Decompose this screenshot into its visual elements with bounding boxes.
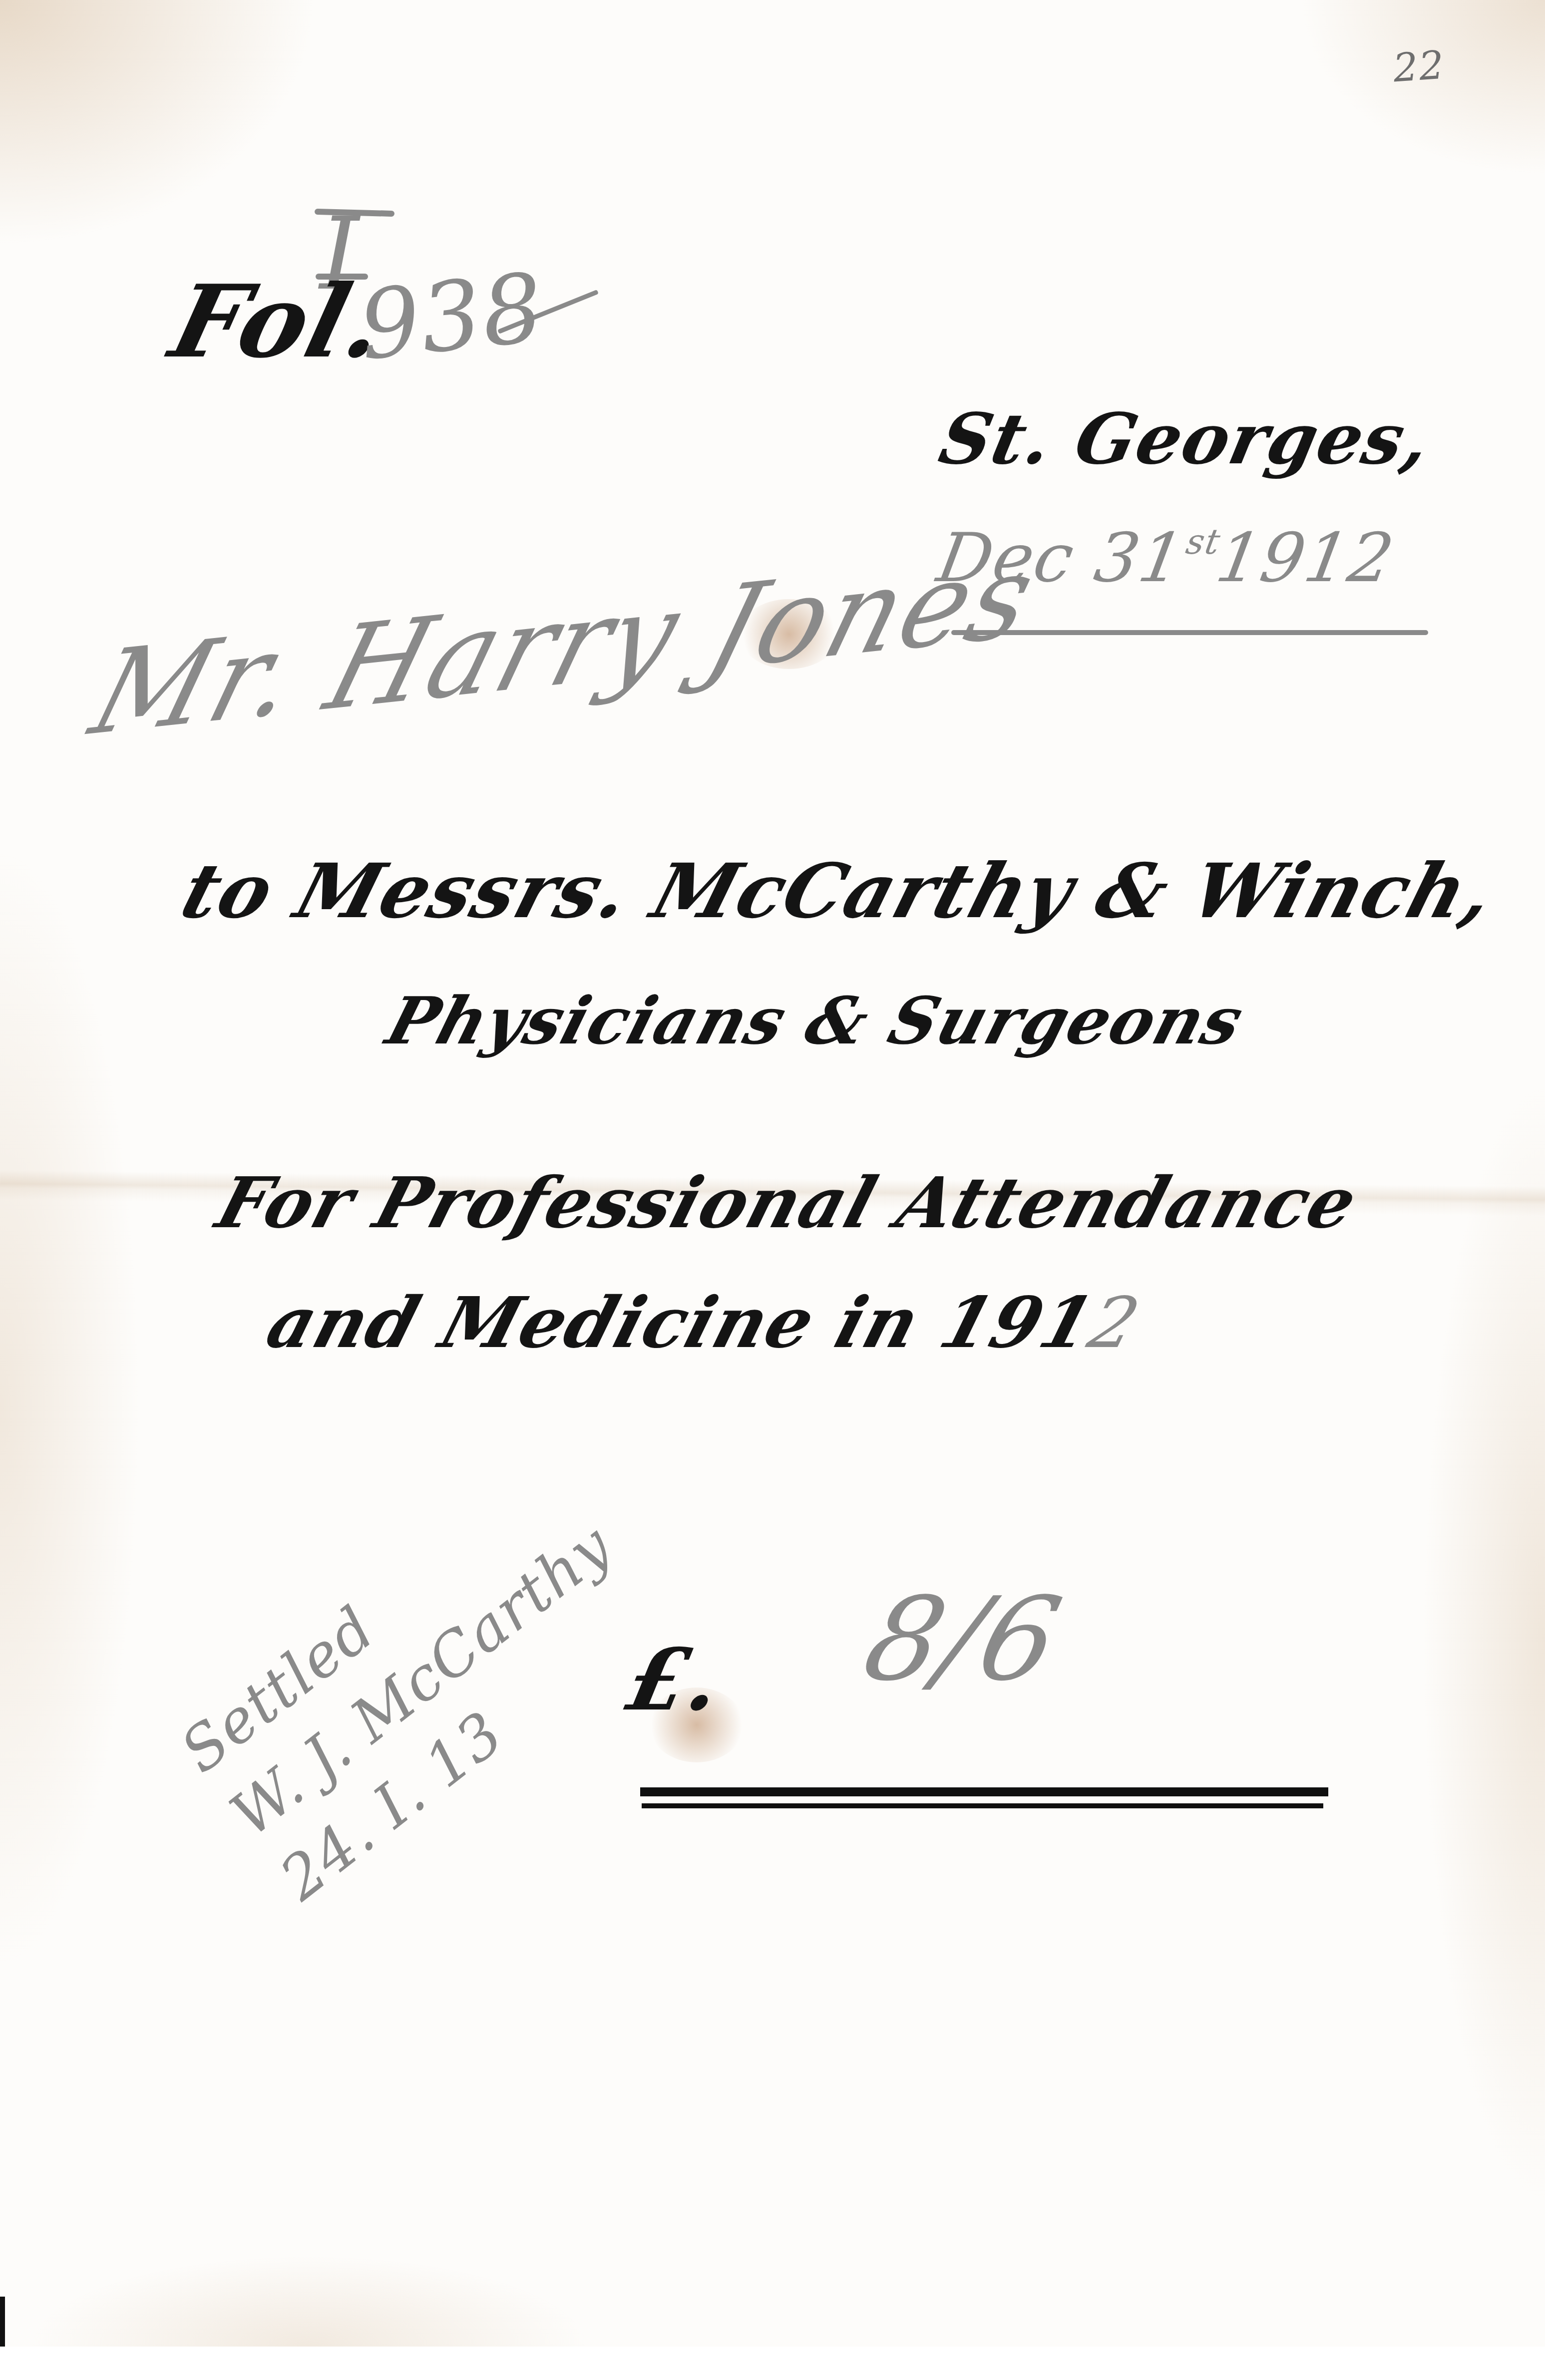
place-name: St. Georges,	[934, 404, 1437, 474]
amount-value: 8/6	[854, 1583, 1071, 1698]
billing-firm-line: to Messrs. McCarthy & Winch,	[174, 854, 1503, 929]
amount-rule-thin	[642, 1803, 1323, 1808]
settlement-note: Settled W. J. McCarthy 24. I. 13	[165, 1443, 679, 1919]
folio-number: 22	[1392, 45, 1446, 88]
service-period-line: and Medicine in 1912	[260, 1288, 1148, 1359]
date-underline	[951, 630, 1428, 635]
firm-profession-line: Physicians & Surgeons	[380, 989, 1250, 1053]
service-description-line: For Professional Attendance	[210, 1168, 1365, 1238]
service-period-text: and Medicine in 191	[258, 1282, 1104, 1364]
scan-edge-artifact	[0, 2297, 5, 2347]
currency-symbol: £.	[620, 1638, 729, 1722]
amount-rule-thick	[640, 1787, 1328, 1796]
date-year: 1912	[1211, 519, 1400, 597]
folio-reference-number: 938	[355, 260, 548, 373]
recipient-name: Mr. Harry Jones	[81, 538, 1048, 753]
paper-sheet: 22 I Fol. 938 St. Georges, Dec 31st1912 …	[0, 0, 1545, 2347]
